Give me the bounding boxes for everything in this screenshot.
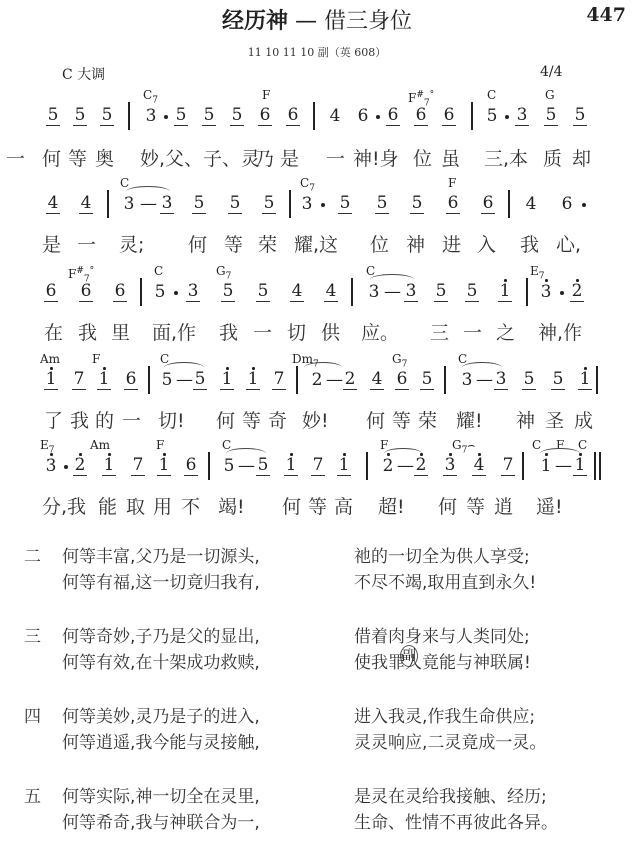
note: 6 [258, 106, 272, 126]
lyric-row-5: 分,我 能 取 用 不 竭! 何 等 高 超! 何 等 逍 遥! [0, 494, 634, 524]
dash: — [176, 370, 193, 390]
note: 5 [100, 106, 114, 126]
lyric: 一 [122, 408, 141, 434]
note: 1 [97, 370, 111, 390]
note: 6 [414, 106, 428, 126]
lyric: 一 [6, 146, 25, 172]
lyric: 神!身 [353, 146, 399, 172]
verse-line: 是灵在灵给我接触、经历; [354, 782, 547, 807]
lyric: 面,作 [152, 320, 196, 346]
barline [366, 452, 368, 480]
note: 7 [72, 370, 86, 390]
lyric: 我 [520, 232, 539, 258]
lyric-row-1: 一 何 等 奥 妙,父、子、灵 乃 是 一 神!身 位 虽 三,本 质 却 一 … [0, 146, 634, 176]
lyric: 能 [98, 494, 117, 520]
note: 3 [515, 106, 529, 126]
note: 5 [256, 282, 270, 302]
note: 5 [434, 282, 448, 302]
note: 5 [338, 194, 352, 214]
chord-label: G7⌢ [452, 438, 475, 457]
verse-line: 何等有福,这一切竟归我有, [62, 568, 260, 593]
note: 6 [481, 194, 495, 214]
note: 1 [284, 456, 298, 476]
dot [164, 115, 168, 119]
barline [522, 452, 524, 480]
barline [596, 366, 598, 394]
note: 6 [395, 370, 409, 390]
note: 1 [157, 456, 171, 476]
barline [526, 278, 528, 306]
dash: — [555, 456, 572, 476]
chord-label: G [545, 88, 555, 102]
dash: — [476, 370, 493, 390]
chord-label: C [578, 438, 587, 452]
note: 5 [573, 106, 587, 126]
lyric: 了 [44, 408, 63, 434]
note: 2 [414, 456, 428, 476]
barline [140, 278, 142, 306]
final-barline [594, 452, 601, 480]
lyric: 虽 [441, 146, 460, 172]
score-row-4: Am F C Dm7 G7 C 1 7 1 6 5 — 5 1 1 7 2 — … [0, 356, 634, 396]
note: 3 [494, 370, 508, 390]
lyric-row-2: 是 一 灵; 何 等 荣 耀,这 位 神 进 入 我 心, [0, 232, 634, 262]
lyric: 入 [477, 232, 496, 258]
dash: — [384, 282, 401, 302]
lyric: 妙! [302, 408, 329, 434]
lyric: 分,我 [42, 494, 86, 520]
chord-label: Am [40, 352, 60, 366]
note: 1 [498, 282, 512, 302]
dot [560, 291, 564, 295]
chord-label: C [487, 88, 496, 102]
note: 5 [522, 370, 536, 390]
lyric: 高 [334, 494, 353, 520]
lyric: 圣 [545, 408, 564, 434]
lyric: 一 [77, 232, 96, 258]
lyric: 一 [253, 320, 272, 346]
barline [471, 102, 473, 130]
dash: — [238, 456, 255, 476]
meter-line: 11 10 11 10 副（英 608） [0, 44, 634, 60]
dot [582, 203, 586, 207]
barline [444, 366, 446, 394]
chord-label: C [532, 438, 541, 452]
note: 2 [570, 282, 584, 302]
lyric: 是 [280, 146, 299, 172]
chord-label: F [262, 88, 270, 102]
verse-line: 借着肉身来与人类同处; [354, 622, 530, 647]
lyric: 取 [126, 494, 145, 520]
note: 3 [186, 282, 200, 302]
lyric: 一 [326, 146, 345, 172]
note: 1 [44, 370, 58, 390]
note: 5 [544, 106, 558, 126]
lyric: 是 [42, 232, 61, 258]
note: 5 [262, 194, 276, 214]
hymn-title: 经历神 — 借三身位 [0, 4, 634, 35]
note: 1 [539, 456, 553, 476]
lyric: 神 [516, 408, 535, 434]
note: 5 [193, 370, 207, 390]
note: 3 [404, 282, 418, 302]
note: 7 [311, 456, 325, 476]
lyric: 妙,父、子、灵 [140, 146, 260, 172]
dash: — [326, 370, 343, 390]
note: 3 [460, 370, 474, 390]
note: 5 [221, 282, 235, 302]
barline [107, 190, 109, 218]
lyric: 我 [78, 320, 97, 346]
note: 1 [246, 370, 260, 390]
lyric: 耀,这 [294, 232, 338, 258]
verse-number: 五 [24, 782, 41, 807]
verse-number: 三 [24, 622, 41, 647]
chord-label: F [92, 352, 100, 366]
note: 4 [524, 194, 538, 214]
lyric: 逍 [494, 494, 513, 520]
chord-label: F [448, 176, 456, 190]
barline [208, 452, 210, 480]
lyric: 超! [378, 494, 405, 520]
lyric: 耀! [456, 408, 483, 434]
verse-line: 生命、性情不再彼此各异。 [354, 808, 558, 833]
note: 3 [160, 194, 174, 214]
note: 3 [44, 456, 58, 476]
lyric: 里 [111, 320, 130, 346]
verse-line: 不尽不竭,取用直到永久! [354, 568, 536, 593]
lyric: 何 [438, 494, 457, 520]
lyric: 何 [216, 408, 235, 434]
chord-label: C7 [300, 176, 315, 195]
note: 1 [102, 456, 116, 476]
note: 5 [202, 106, 216, 126]
note: 5 [465, 282, 479, 302]
lyric: 等 [68, 146, 87, 172]
lyric: 乃 [255, 146, 274, 172]
note: 5 [420, 370, 434, 390]
note: 4 [290, 282, 304, 302]
time-signature: 4/4 [540, 64, 563, 80]
lyric: 等 [308, 494, 327, 520]
lyric: 等 [466, 494, 485, 520]
score-row-3: F#7° C G7 C E7 6 6 6 5 3 5 5 4 4 3 — 3 5… [0, 268, 634, 308]
note: 1 [220, 370, 234, 390]
lyric: 神,作 [538, 320, 582, 346]
lyric: 奇 [268, 408, 287, 434]
note: 6 [184, 456, 198, 476]
dot [321, 203, 325, 207]
lyric-row-3: 在 我 里 面,作 我 一 切 供 应。 副 三 一 之 神,作 [0, 320, 634, 350]
note: 7 [131, 456, 145, 476]
lyric-row-4: 了 我 的 一 切! 何 等 奇 妙! 何 等 荣 耀! 神 圣 成 [0, 408, 634, 438]
note: 6 [286, 106, 300, 126]
note: 2 [381, 456, 395, 476]
note: 2 [310, 370, 324, 390]
barline [508, 190, 510, 218]
dot [64, 465, 68, 469]
barline [289, 190, 291, 218]
lyric: 位 [413, 146, 432, 172]
lyric: 三 [430, 320, 449, 346]
lyric: 心, [556, 232, 581, 258]
note: 7 [501, 456, 515, 476]
lyric: 荣 [258, 232, 277, 258]
note: 4 [46, 194, 60, 214]
lyric: 何 [366, 408, 385, 434]
barline [351, 278, 353, 306]
dash: — [397, 456, 414, 476]
note: 4 [79, 194, 93, 214]
note: 5 [256, 456, 270, 476]
note: 3 [539, 282, 553, 302]
lyric: 何 [188, 232, 207, 258]
lyric: 之 [496, 320, 515, 346]
note: 5 [228, 194, 242, 214]
verse-line: 何等丰富,父乃是一切源头, [62, 542, 260, 567]
note: 1 [337, 456, 351, 476]
note: 4 [472, 456, 486, 476]
lyric: 灵; [119, 232, 144, 258]
lyric: 在 [44, 320, 63, 346]
lyric: 进 [442, 232, 461, 258]
title-main: 经历神 [222, 9, 288, 34]
score-row-2: C C7 F 4 4 3 — 3 5 5 5 3 5 5 5 6 6 4 6 [0, 180, 634, 220]
title-separator: — [288, 9, 324, 34]
note: 1 [573, 456, 587, 476]
lyric: 等 [242, 408, 261, 434]
lyric: 不 [181, 494, 200, 520]
note: 3 [122, 194, 136, 214]
note: 6 [442, 106, 456, 126]
verse-line: 何等美妙,灵乃是子的进入, [62, 702, 260, 727]
verse-line: 何等奇妙,子乃是父的显出, [62, 622, 260, 647]
verse-number: 四 [24, 702, 41, 727]
note: 4 [370, 370, 384, 390]
lyric: 切! [158, 408, 185, 434]
chord-label: F [156, 438, 164, 452]
lyric: 的 [95, 408, 114, 434]
dot [174, 291, 178, 295]
lyric: 遥! [536, 494, 563, 520]
note: 5 [551, 370, 565, 390]
note: 5 [230, 106, 244, 126]
lyric: 何 [282, 494, 301, 520]
verse-line: 何等希奇,我与神联合为一, [62, 808, 260, 833]
note: 3 [300, 194, 314, 214]
note: 3 [367, 282, 381, 302]
note: 6 [560, 194, 574, 214]
lyric: 位 [370, 232, 389, 258]
dash: — [140, 194, 157, 214]
lyric: 等 [392, 408, 411, 434]
note: 5 [485, 106, 499, 126]
note: 2 [343, 370, 357, 390]
lyric: 却 [572, 146, 591, 172]
verse-number: 二 [24, 542, 41, 567]
note: 5 [375, 194, 389, 214]
note: 6 [79, 282, 93, 302]
note: 1 [578, 370, 592, 390]
verse-line: 何等实际,神一切全在灵里, [62, 782, 260, 807]
lyric: 等 [224, 232, 243, 258]
note: 7 [272, 370, 286, 390]
lyric: 切 [287, 320, 306, 346]
note: 6 [386, 106, 400, 126]
note: 6 [446, 194, 460, 214]
chord-label: Am [90, 438, 110, 452]
note: 3 [144, 106, 158, 126]
note: 4 [328, 106, 342, 126]
lyric: 奥 [95, 146, 114, 172]
lyric: 竭! [218, 494, 245, 520]
note: 5 [153, 282, 167, 302]
verse-line: 祂的一切全为供人享受; [354, 542, 530, 567]
lyric: 荣 [418, 408, 437, 434]
barline [148, 366, 150, 394]
note: 4 [324, 282, 338, 302]
lyric: 神 [406, 232, 425, 258]
verse-line: 灵灵响应,二灵竟成一灵。 [354, 728, 546, 753]
lyric: 质 [543, 146, 562, 172]
note: 6 [356, 106, 370, 126]
note: 6 [124, 370, 138, 390]
lyric: 用 [153, 494, 172, 520]
barline [128, 102, 130, 130]
verse-line: 何等逍遥,我今能与灵接触, [62, 728, 260, 753]
lyric: 三,本 [484, 146, 528, 172]
verse-line: 何等有效,在十架成功救赎, [62, 648, 260, 673]
lyric: 何 [42, 146, 61, 172]
key-signature: C 大调 [62, 64, 105, 84]
note: 5 [174, 106, 188, 126]
note: 5 [192, 194, 206, 214]
note: 5 [160, 370, 174, 390]
note: 5 [410, 194, 424, 214]
lyric: 我 [219, 320, 238, 346]
score-row-5: E7 Am F C F G7⌢ C F C 3 2 1 7 1 6 5 — 5 … [0, 442, 634, 482]
note: 2 [73, 456, 87, 476]
note: 3 [443, 456, 457, 476]
chord-label: C7 [143, 88, 158, 107]
lyric: 供 [321, 320, 340, 346]
lyric: 应。 [361, 320, 399, 346]
barline [296, 366, 298, 394]
verse-line: 使我罪人竟能与神联属! [354, 648, 531, 673]
note: 6 [113, 282, 127, 302]
note: 5 [73, 106, 87, 126]
score-row-1: C7 F F#7° C G 5 5 5 3 5 5 5 6 6 4 6 6 6 … [0, 92, 634, 132]
dot [505, 115, 509, 119]
title-subtitle: 借三身位 [324, 9, 412, 34]
lyric: 成 [574, 408, 593, 434]
lyric: 我 [70, 408, 89, 434]
lyric: 一 [463, 320, 482, 346]
dot [376, 115, 380, 119]
hymn-number: 447 [586, 4, 626, 26]
note: 6 [44, 282, 58, 302]
barline [313, 102, 315, 130]
note: 5 [222, 456, 236, 476]
chord-label: C [154, 264, 163, 278]
chord-label: E7 [530, 264, 545, 283]
verse-line: 进入我灵,作我生命供应; [354, 702, 535, 727]
note: 5 [46, 106, 60, 126]
